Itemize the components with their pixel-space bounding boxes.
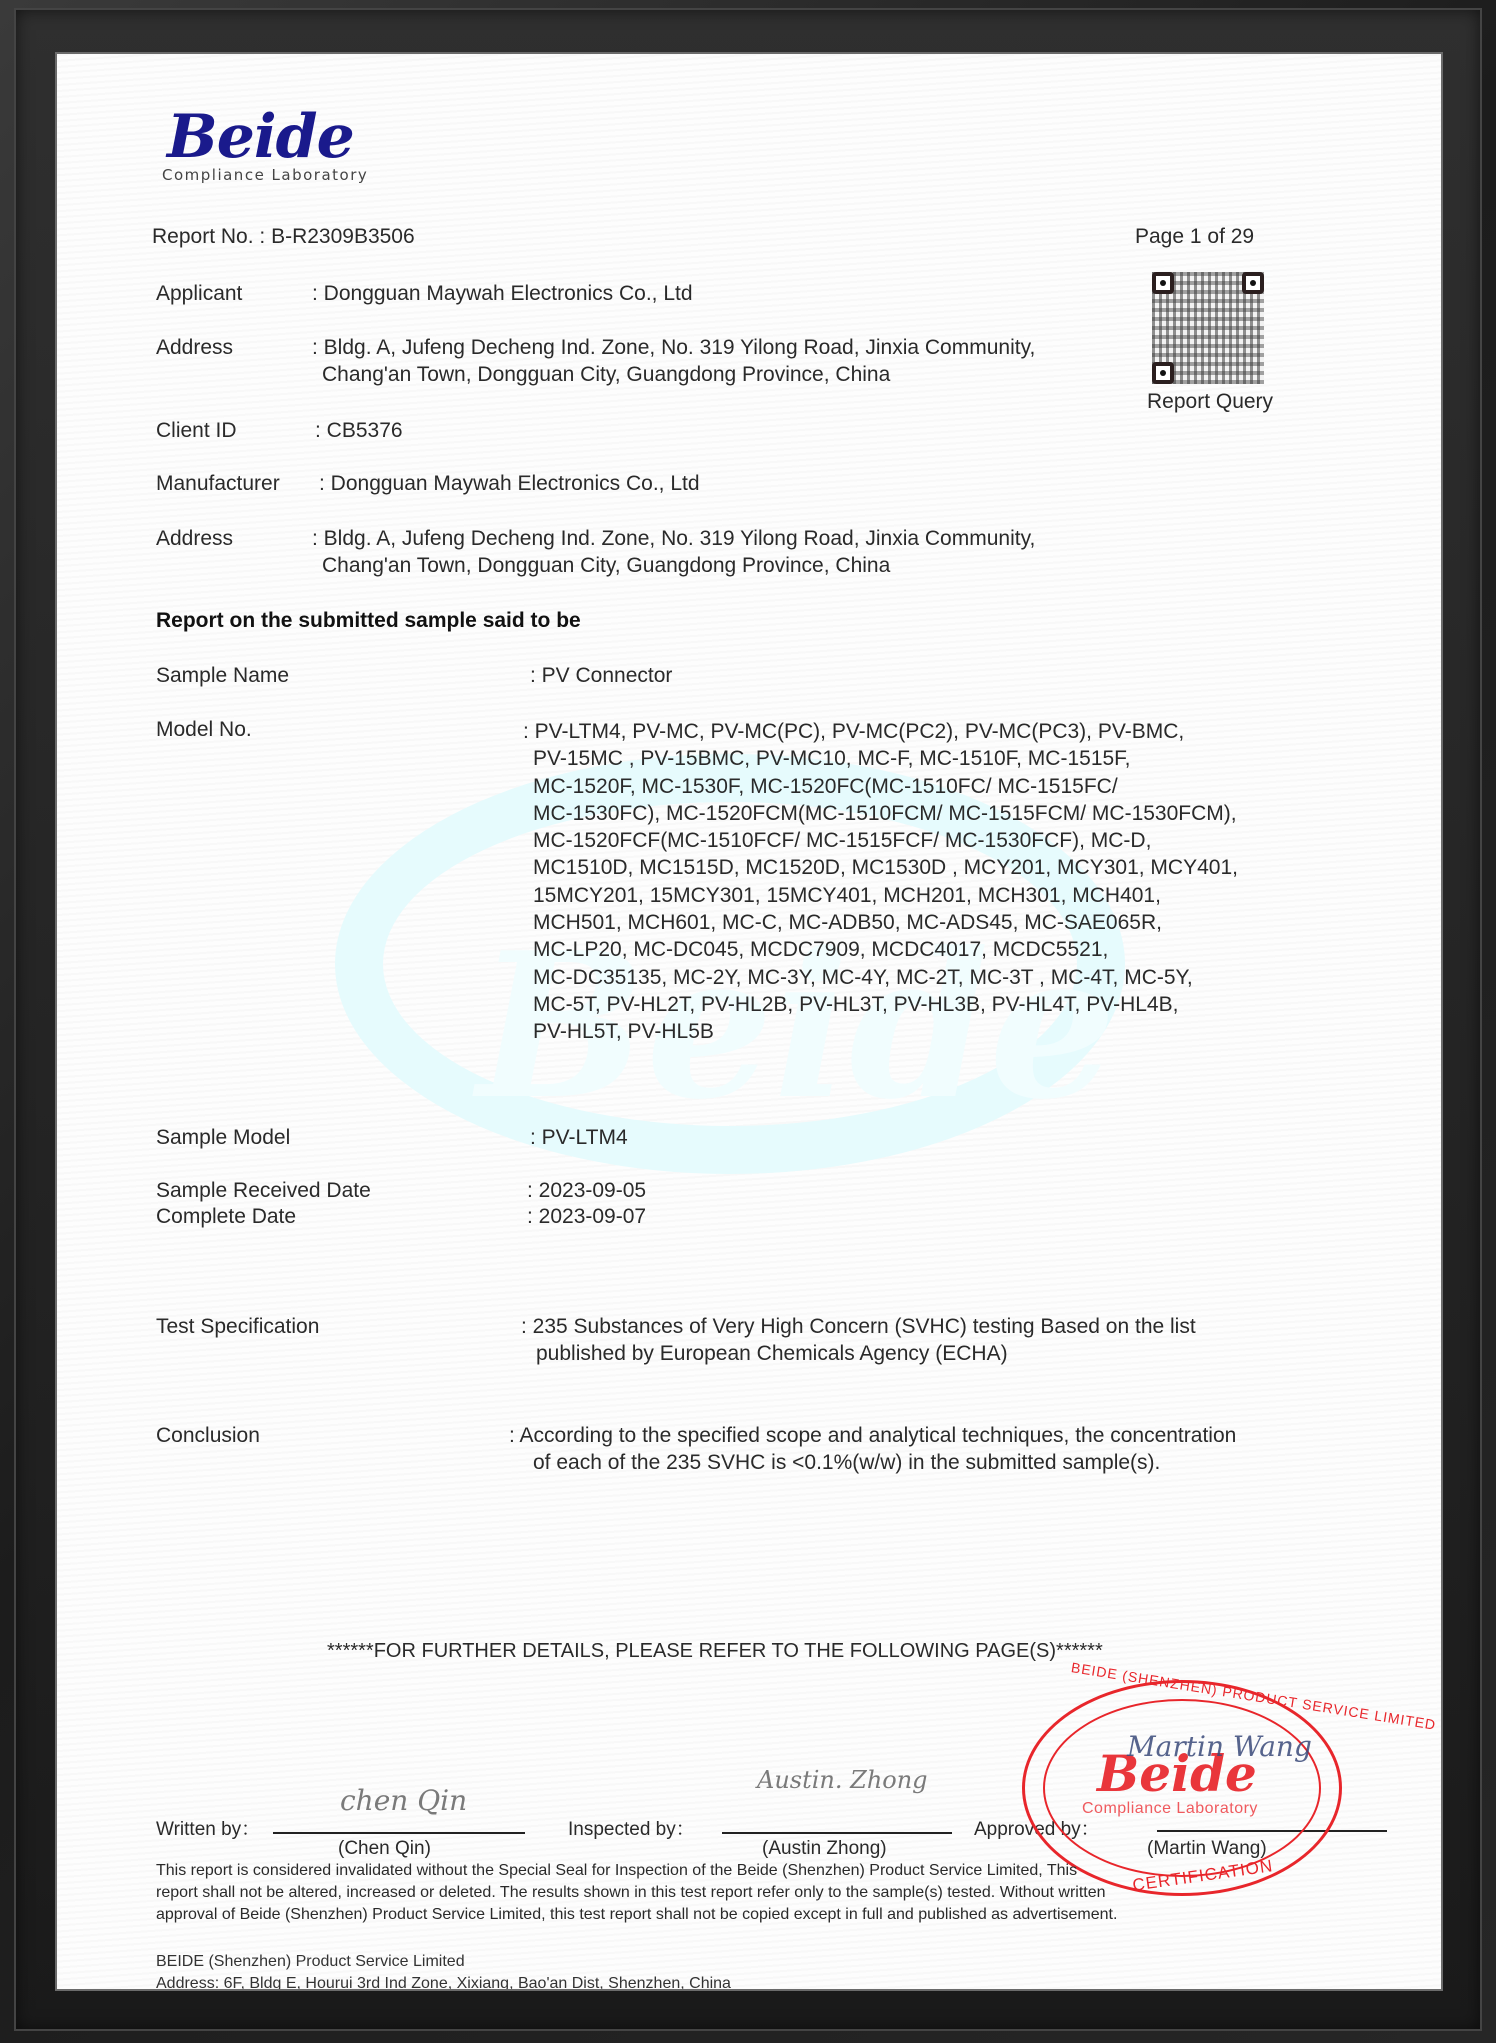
inspected-by-name: (Austin Zhong) [762, 1838, 887, 1860]
model-no-line: PV-15MC , PV-15BMC, PV-MC10, MC-F, MC-15… [523, 745, 1238, 772]
conclusion-line1: : According to the specified scope and a… [509, 1424, 1236, 1448]
disclaimer-line: This report is considered invalidated wi… [156, 1860, 1117, 1882]
model-no-line: MC-DC35135, MC-2Y, MC-3Y, MC-4Y, MC-2T, … [523, 964, 1238, 991]
manufacturer-address-label: Address [156, 527, 233, 551]
qr-label: Report Query [1147, 390, 1273, 414]
qr-code-icon[interactable] [1152, 272, 1264, 384]
complete-date-value: : 2023-09-07 [527, 1205, 646, 1229]
model-no-line: MC-5T, PV-HL2T, PV-HL2B, PV-HL3T, PV-HL3… [523, 991, 1238, 1018]
report-number-label: Report No. : [152, 225, 265, 248]
sample-name-value: : PV Connector [530, 664, 672, 688]
applicant-label: Applicant [156, 282, 242, 306]
seal-subtitle: Compliance Laboratory [1082, 1800, 1258, 1818]
manufacturer-address-line1: : Bldg. A, Jufeng Decheng Ind. Zone, No.… [312, 527, 1035, 551]
inspected-by-label: Inspected by： [568, 1814, 695, 1841]
complete-date-label: Complete Date [156, 1205, 296, 1229]
model-no-line: MCH501, MCH601, MC-C, MC-ADB50, MC-ADS45… [523, 909, 1238, 936]
disclaimer-line: approval of Beide (Shenzhen) Product Ser… [156, 1904, 1117, 1926]
company-logo-subtitle: Compliance Laboratory [162, 166, 368, 184]
approved-by-signature: Martin Wang [1127, 1730, 1312, 1763]
report-number: Report No. : B-R2309B3506 [152, 225, 415, 249]
written-by-name: (Chen Qin) [338, 1838, 431, 1860]
received-date-label: Sample Received Date [156, 1179, 371, 1203]
section-heading: Report on the submitted sample said to b… [156, 609, 581, 633]
conclusion-line2: of each of the 235 SVHC is <0.1%(w/w) in… [533, 1451, 1160, 1475]
client-id-value: : CB5376 [315, 419, 403, 443]
manufacturer-label: Manufacturer [156, 472, 280, 496]
conclusion-label: Conclusion [156, 1424, 260, 1448]
qr-finder-icon [1152, 272, 1174, 294]
model-no-line: MC-1520F, MC-1530F, MC-1520FC(MC-1510FC/… [523, 773, 1238, 800]
model-no-line: MC-LP20, MC-DC045, MCDC7909, MCDC4017, M… [523, 936, 1238, 963]
model-no-line: MC-1530FC), MC-1520FCM(MC-1510FCM/ MC-15… [523, 800, 1238, 827]
model-no-label: Model No. [156, 718, 252, 742]
applicant-address-line1: : Bldg. A, Jufeng Decheng Ind. Zone, No.… [312, 336, 1035, 360]
applicant-value: : Dongguan Maywah Electronics Co., Ltd [312, 282, 693, 306]
disclaimer-line: report shall not be altered, increased o… [156, 1882, 1117, 1904]
certificate-page: Beide Beide Compliance Laboratory Report… [57, 54, 1441, 1989]
model-no-list: : PV-LTM4, PV-MC, PV-MC(PC), PV-MC(PC2),… [523, 718, 1238, 1046]
test-specification-line1: : 235 Substances of Very High Concern (S… [521, 1315, 1196, 1339]
report-number-value: B-R2309B3506 [271, 225, 415, 248]
applicant-address-label: Address [156, 336, 233, 360]
client-id-label: Client ID [156, 419, 237, 443]
footer-address: Address: 6F, Bldg E, Hourui 3rd Ind Zone… [156, 1973, 736, 1989]
disclaimer: This report is considered invalidated wi… [156, 1860, 1117, 1926]
page-indicator: Page 1 of 29 [1135, 225, 1254, 249]
applicant-address-line2: Chang'an Town, Dongguan City, Guangdong … [322, 363, 890, 387]
sample-name-label: Sample Name [156, 664, 289, 688]
test-specification-line2: published by European Chemicals Agency (… [536, 1342, 1008, 1366]
written-by-line [273, 1832, 525, 1834]
sample-model-label: Sample Model [156, 1126, 290, 1150]
received-date-value: : 2023-09-05 [527, 1179, 646, 1203]
qr-finder-icon [1152, 362, 1174, 384]
further-details-note: ******FOR FURTHER DETAILS, PLEASE REFER … [327, 1640, 1103, 1663]
written-by-signature: chen Qin [340, 1784, 467, 1817]
qr-finder-icon [1242, 272, 1264, 294]
picture-frame: Beide Beide Compliance Laboratory Report… [0, 0, 1496, 2043]
model-no-line: MC-1520FCF(MC-1510FCF/ MC-1515FCF/ MC-15… [523, 827, 1238, 854]
inspected-by-line [722, 1832, 952, 1834]
company-logo: Beide [167, 102, 354, 172]
model-no-line: PV-HL5T, PV-HL5B [523, 1018, 1238, 1045]
written-by-label: Written by： [156, 1814, 260, 1841]
manufacturer-address-line2: Chang'an Town, Dongguan City, Guangdong … [322, 554, 890, 578]
test-specification-label: Test Specification [156, 1315, 319, 1339]
inspected-by-signature: Austin. Zhong [757, 1766, 928, 1794]
footer: BEIDE (Shenzhen) Product Service Limited… [156, 1951, 736, 1989]
sample-model-value: : PV-LTM4 [530, 1126, 628, 1150]
model-no-line: : PV-LTM4, PV-MC, PV-MC(PC), PV-MC(PC2),… [523, 718, 1238, 745]
footer-company: BEIDE (Shenzhen) Product Service Limited [156, 1951, 736, 1973]
model-no-line: 15MCY201, 15MCY301, 15MCY401, MCH201, MC… [523, 882, 1238, 909]
manufacturer-value: : Dongguan Maywah Electronics Co., Ltd [319, 472, 700, 496]
model-no-line: MC1510D, MC1515D, MC1520D, MC1530D , MCY… [523, 854, 1238, 881]
